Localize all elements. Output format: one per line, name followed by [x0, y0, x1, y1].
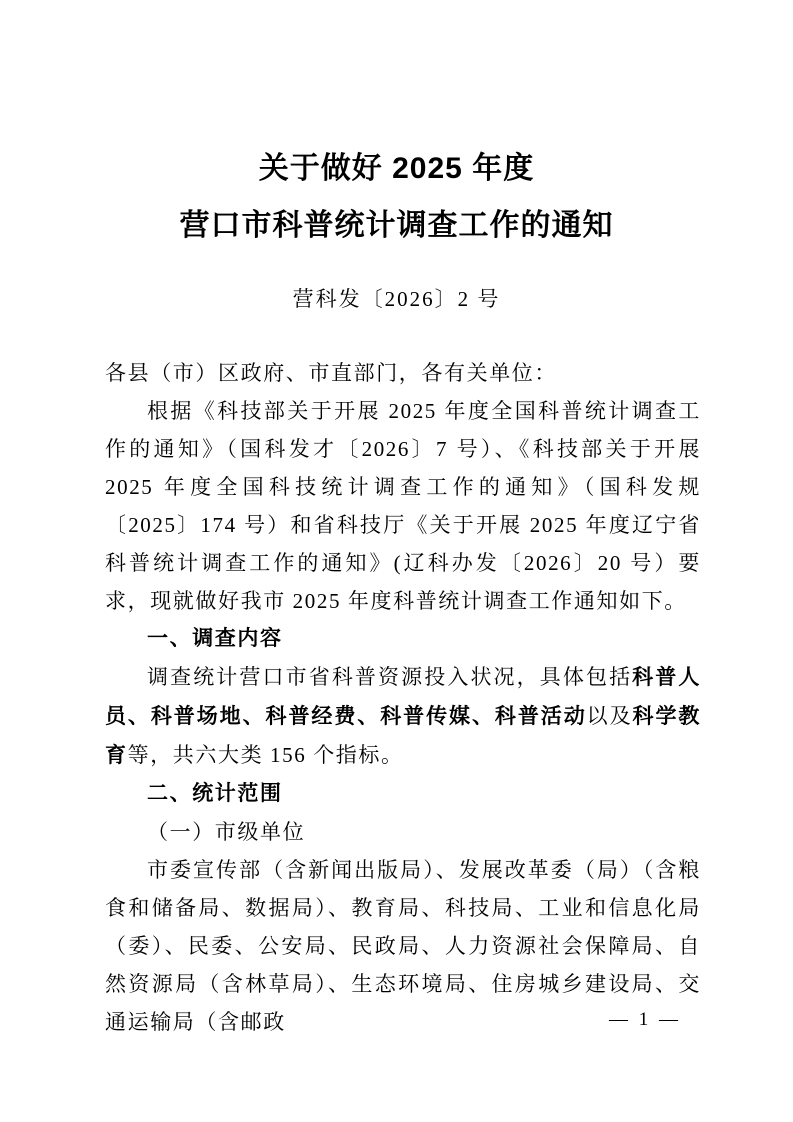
section-2-sub-heading: （一）市级单位	[105, 813, 701, 851]
salutation-line: 各县（市）区政府、市直部门，各有关单位：	[105, 354, 701, 392]
document-title-line1: 关于做好 2025 年度	[0, 140, 793, 197]
document-title: 关于做好 2025 年度 营口市科普统计调查工作的通知	[0, 140, 793, 254]
section-1-paragraph: 调查统计营口市省科普资源投入状况，具体包括科普人员、科普场地、科普经费、科普传媒…	[105, 658, 701, 775]
section-1-run-2: 以及	[587, 704, 633, 728]
document-title-line2: 营口市科普统计调查工作的通知	[0, 197, 793, 254]
section-2-heading: 二、统计范围	[105, 775, 701, 813]
document-page: 关于做好 2025 年度 营口市科普统计调查工作的通知 营科发〔2026〕2 号…	[0, 0, 793, 1122]
section-1-run-4: 等，共六大类 156 个指标。	[128, 743, 404, 767]
document-number: 营科发〔2026〕2 号	[0, 286, 793, 312]
document-body: 各县（市）区政府、市直部门，各有关单位： 根据《科技部关于开展 2025 年度全…	[105, 354, 701, 1041]
intro-paragraph: 根据《科技部关于开展 2025 年度全国科普统计调查工作的通知》（国科发才〔20…	[105, 392, 701, 620]
section-1-run-0: 调查统计营口市省科普资源投入状况，具体包括	[147, 665, 632, 689]
section-1-heading: 一、调查内容	[105, 620, 701, 658]
page-number: — 1 —	[609, 1008, 681, 1032]
